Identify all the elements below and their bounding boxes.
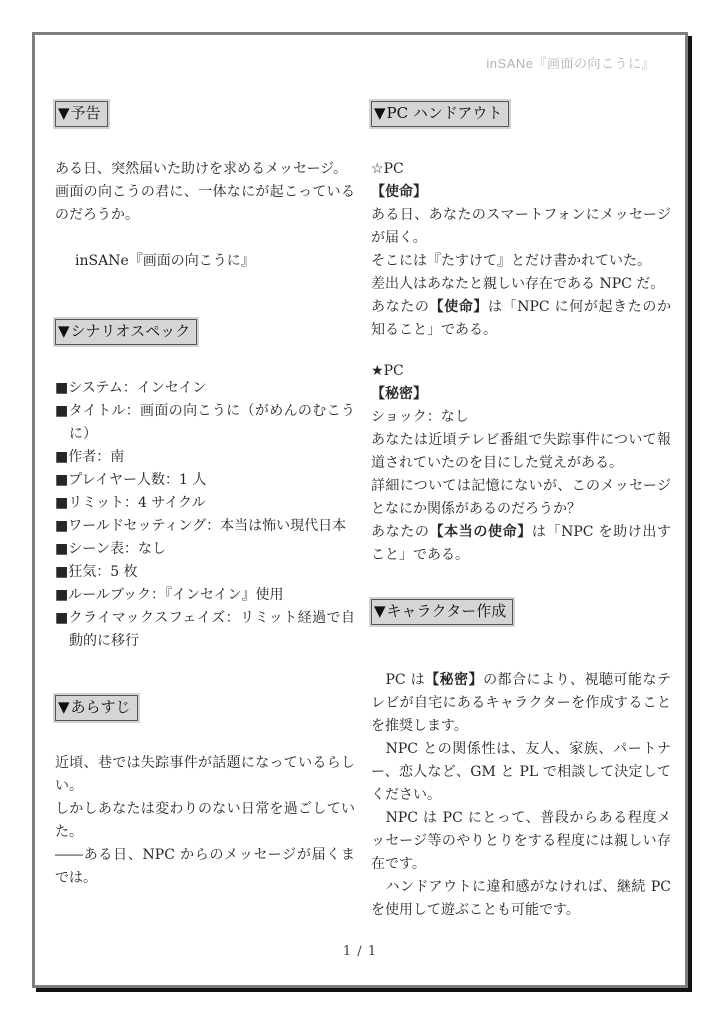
open-star-icon: ☆ (371, 161, 384, 177)
spec-item: ■システム：インセイン (55, 377, 355, 400)
preview-line-1: ある日、突然届いた助けを求めるメッセージ。 (55, 158, 355, 181)
spec-item: ■狂気：5 枚 (55, 561, 355, 584)
section-title-handout: PC ハンドアウト (387, 104, 503, 122)
synopsis-line-1: 近頃、巷では失踪事件が話題になっているらしい。 (55, 752, 355, 798)
section-title-preview: 予告 (71, 104, 101, 122)
section-heading-synopsis: ▼あらすじ (55, 695, 138, 721)
section-synopsis-heading-row: ▼あらすじ (55, 695, 355, 721)
content-columns: ▼予告 ある日、突然届いた助けを求めるメッセージ。 画面の向こうの君に、一体なに… (35, 35, 685, 922)
spec-item: ■プレイヤー人数：1 人 (55, 469, 355, 492)
triangle-down-icon: ▼ (58, 322, 70, 340)
triangle-down-icon: ▼ (374, 104, 386, 122)
handout-secret-sentence-3: 詳細については記憶にないが、このメッセージとなにか関係があるのだろうか？ (371, 475, 671, 521)
handout-mission-sentence-3: 差出人はあなたと親しい存在である NPC だ。 (371, 273, 671, 296)
handout-secret-pc-line: ★PC (371, 360, 671, 383)
handout-mission-sentence-4: あなたの【使命】は「NPC に何が起きたのか知ること」である。 (371, 296, 671, 342)
section-heading-character-creation: ▼キャラクター作成 (371, 599, 513, 625)
handout-secret-label: 【秘密】 (371, 383, 671, 406)
synopsis-line-2: しかしあなたは変わりのない日常を過ごしていた。 (55, 798, 355, 844)
section-spec-heading-row: ▼シナリオスペック (55, 319, 355, 345)
spec-item: ■タイトル：画面の向こうに（がめんのむこうに） (55, 400, 355, 446)
filled-star-icon: ★ (371, 363, 384, 379)
handout-secret-sentence-2: あなたは近頃テレビ番組で失踪事件について報道されていたのを目にした覚えがある。 (371, 429, 671, 475)
handout-mission-pc-label: PC (384, 161, 404, 177)
handout-secret-sentence-1: ショック：なし (371, 406, 671, 429)
spec-item: ■リミット：4 サイクル (55, 492, 355, 515)
mission-sentence-prefix: あなたの (371, 299, 429, 315)
character-creation-paragraph-1: PC は【秘密】の都合により、視聴可能なテレビが自宅にあるキャラクターを作成する… (371, 669, 671, 738)
handout-mission-pc-line: ☆PC (371, 158, 671, 181)
handout-secret-pc-label: PC (384, 363, 404, 379)
document-frame: inSANe『画面の向こうに』 ▼予告 ある日、突然届いた助けを求めるメッセージ… (32, 32, 688, 988)
section-preview-heading-row: ▼予告 (55, 101, 355, 127)
preview-line-2: 画面の向こうの君に、一体なにが起こっているのだろうか。 (55, 181, 355, 227)
character-creation-paragraph-4: ハンドアウトに違和感がなければ、継続 PC を使用して遊ぶことも可能です。 (371, 876, 671, 922)
chara-p1-term: 【秘密】 (425, 672, 483, 688)
handout-mission-label: 【使命】 (371, 181, 671, 204)
section-character-creation-heading-row: ▼キャラクター作成 (371, 599, 671, 625)
triangle-down-icon: ▼ (58, 104, 70, 122)
character-creation-paragraph-2: NPC との関係性は、友人、家族、パートナー、恋人など、GM と PL で相談し… (371, 738, 671, 807)
handout-secret-sentence-4: あなたの【本当の使命】は「NPC を助け出すこと」である。 (371, 521, 671, 567)
spec-item: ■作者：南 (55, 446, 355, 469)
chara-p1-prefix: PC は (371, 672, 425, 688)
secret-term: 【本当の使命】 (429, 524, 531, 540)
section-handout-heading-row: ▼PC ハンドアウト (371, 101, 671, 127)
handout-mission-sentence-2: そこには『たすけて』とだけ書かれていた。 (371, 250, 671, 273)
character-creation-paragraph-3: NPC は PC にとって、普段からある程度メッセージ等のやりとりをする程度には… (371, 807, 671, 876)
spec-item: ■ルールブック：『インセイン』使用 (55, 584, 355, 607)
section-title-spec: シナリオスペック (71, 322, 191, 340)
section-heading-spec: ▼シナリオスペック (55, 319, 197, 345)
document-header-title: inSANe『画面の向こうに』 (486, 53, 655, 72)
triangle-down-icon: ▼ (58, 698, 70, 716)
handout-mission-sentence-1: ある日、あなたのスマートフォンにメッセージが届く。 (371, 204, 671, 250)
triangle-down-icon: ▼ (374, 602, 386, 620)
right-column: ▼PC ハンドアウト ☆PC 【使命】 ある日、あなたのスマートフォンにメッセー… (371, 101, 671, 922)
spec-item: ■クライマックスフェイズ：リミット経過で自動的に移行 (55, 607, 355, 653)
synopsis-line-3: ――ある日、NPC からのメッセージが届くまでは。 (55, 844, 355, 890)
mission-term: 【使命】 (429, 299, 487, 315)
preview-scenario-title: inSANe『画面の向こうに』 (55, 250, 355, 273)
section-heading-handout: ▼PC ハンドアウト (371, 101, 509, 127)
secret-sentence-prefix: あなたの (371, 524, 429, 540)
spec-item: ■シーン表：なし (55, 538, 355, 561)
section-heading-preview: ▼予告 (55, 101, 108, 127)
section-title-synopsis: あらすじ (71, 698, 131, 716)
page-number: 1 / 1 (35, 944, 685, 959)
spec-list: ■システム：インセイン ■タイトル：画面の向こうに（がめんのむこうに） ■作者：… (55, 377, 355, 653)
spec-item: ■ワールドセッティング：本当は怖い現代日本 (55, 515, 355, 538)
section-title-character-creation: キャラクター作成 (387, 602, 507, 620)
left-column: ▼予告 ある日、突然届いた助けを求めるメッセージ。 画面の向こうの君に、一体なに… (55, 101, 355, 922)
